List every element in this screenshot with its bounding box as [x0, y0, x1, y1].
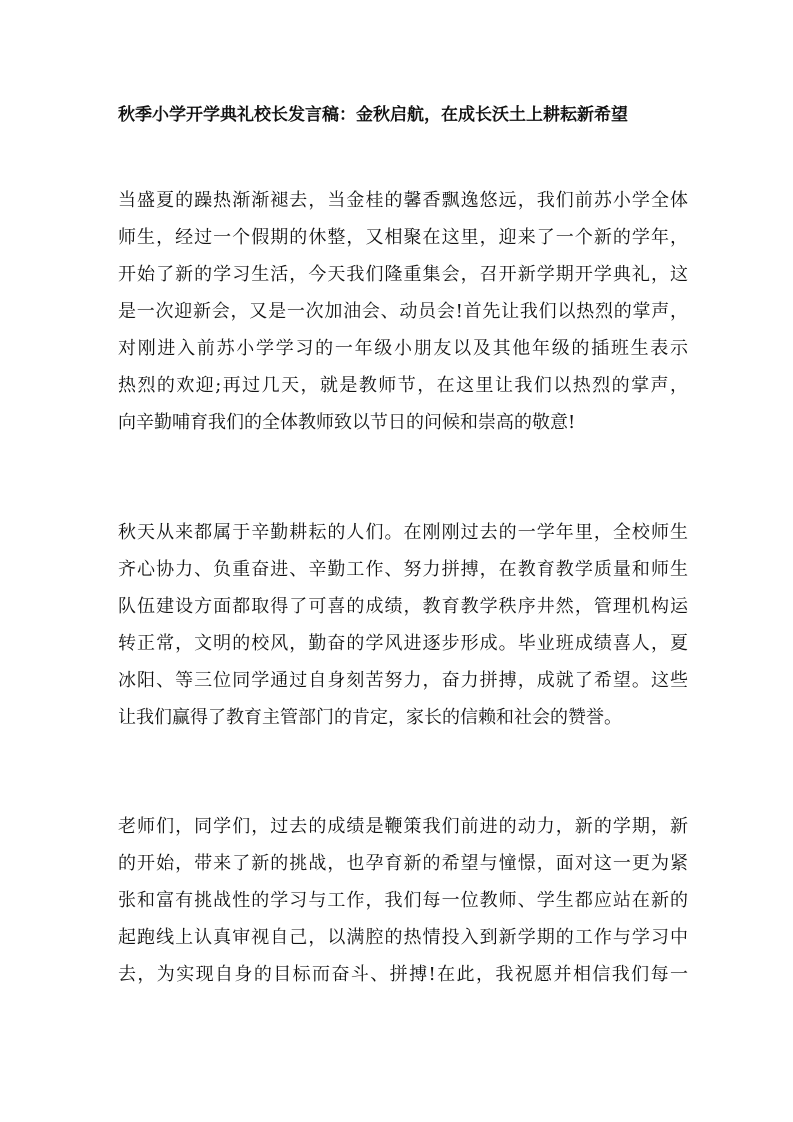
paragraph-line: 去，为实现自身的目标而奋斗、拼搏!在此，我祝愿并相信我们每一: [118, 956, 688, 993]
paragraph-line: 的开始，带来了新的挑战，也孕育新的希望与憧憬，面对这一更为紧: [118, 845, 688, 882]
paragraph-line: 让我们赢得了教育主管部门的肯定，家长的信赖和社会的赞誉。: [118, 699, 688, 736]
paragraph-line: 向辛勤哺育我们的全体教师致以节日的问候和崇高的敬意!: [118, 404, 688, 441]
paragraph-line: 老师们，同学们，过去的成绩是鞭策我们前进的动力，新的学期，新: [118, 808, 688, 845]
paragraph-line: 对刚进入前苏小学学习的一年级小朋友以及其他年级的插班生表示: [118, 330, 688, 367]
paragraph-line: 开始了新的学习生活，今天我们隆重集会，召开新学期开学典礼，这: [118, 256, 688, 293]
paragraph-line: 是一次迎新会，又是一次加油会、动员会!首先让我们以热烈的掌声，: [118, 293, 688, 330]
paragraph-line: 队伍建设方面都取得了可喜的成绩，教育教学秩序井然，管理机构运: [118, 588, 688, 625]
paragraph-line: 秋天从来都属于辛勤耕耘的人们。在刚刚过去的一学年里，全校师生: [118, 514, 688, 551]
document-title: 秋季小学开学典礼校长发言稿：金秋启航，在成长沃土上耕耘新希望: [118, 102, 688, 128]
paragraph-line: 起跑线上认真审视自己，以满腔的热情投入到新学期的工作与学习中: [118, 919, 688, 956]
paragraph-line: 转正常，文明的校风，勤奋的学风进逐步形成。毕业班成绩喜人，夏: [118, 625, 688, 662]
paragraph-line: 当盛夏的躁热渐渐褪去，当金桂的馨香飘逸悠远，我们前苏小学全体: [118, 182, 688, 219]
paragraph-line: 师生，经过一个假期的休整，又相聚在这里，迎来了一个新的学年，: [118, 219, 688, 256]
document-page: 秋季小学开学典礼校长发言稿：金秋启航，在成长沃土上耕耘新希望 当盛夏的躁热渐渐褪…: [0, 0, 793, 1122]
paragraph-1: 当盛夏的躁热渐渐褪去，当金桂的馨香飘逸悠远，我们前苏小学全体 师生，经过一个假期…: [118, 182, 688, 441]
paragraph-line: 冰阳、等三位同学通过自身刻苦努力，奋力拼搏，成就了希望。这些: [118, 662, 688, 699]
paragraph-line: 齐心协力、负重奋进、辛勤工作、努力拼搏，在教育教学质量和师生: [118, 551, 688, 588]
paragraph-line: 热烈的欢迎;再过几天，就是教师节，在这里让我们以热烈的掌声，: [118, 367, 688, 404]
paragraph-line: 张和富有挑战性的学习与工作，我们每一位教师、学生都应站在新的: [118, 882, 688, 919]
paragraph-2: 秋天从来都属于辛勤耕耘的人们。在刚刚过去的一学年里，全校师生 齐心协力、负重奋进…: [118, 514, 688, 736]
paragraph-3: 老师们，同学们，过去的成绩是鞭策我们前进的动力，新的学期，新 的开始，带来了新的…: [118, 808, 688, 993]
